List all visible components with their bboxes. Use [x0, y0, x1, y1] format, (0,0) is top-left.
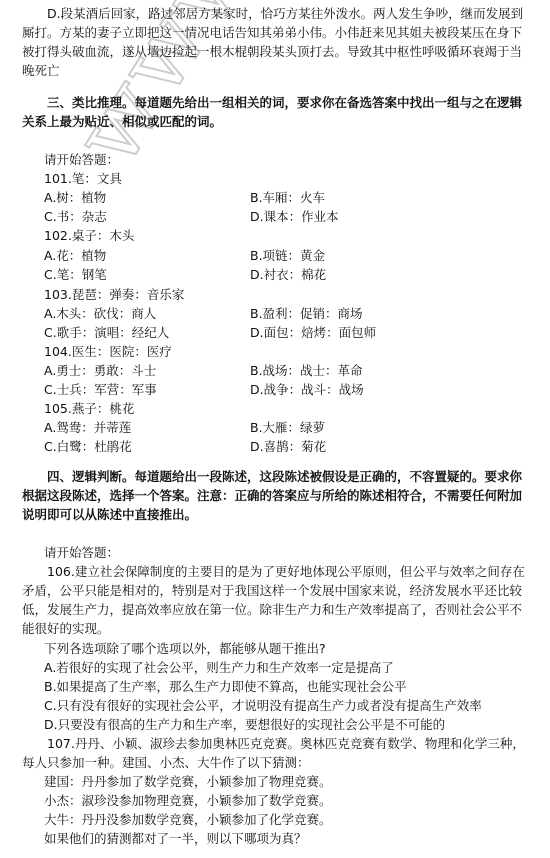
document-page: www.fcn.com D.段某酒后回家，路过邻居方某家时，恰巧方某往外泼水。两…	[0, 0, 550, 858]
section4-start: 请开始答题：	[44, 543, 119, 562]
q103-option-d: D.面包：焙烤：面包师	[250, 323, 376, 342]
q106-question: 下列各选项除了哪个选项以外，都能够从题干推出?	[44, 639, 326, 658]
section3-heading: 三、类比推理。每道题先给出一组相关的词，要求你在备选答案中找出一组与之在逻辑关系…	[22, 93, 532, 131]
q104-stem: 104.医生：医院：医疗	[44, 342, 172, 361]
q103-option-a: A.木头：砍伐：商人	[44, 304, 156, 323]
q105-option-c: C.白鹭：杜鹃花	[44, 437, 132, 456]
q106-option-c: C.只有没有很好的实现社会公平，才说明没有提高生产力或者没有提高生产效率	[44, 696, 482, 715]
q102-option-b: B.项链：黄金	[250, 246, 325, 265]
q105-option-a: A.鸳鸯：并蒂莲	[44, 418, 131, 437]
q106-option-d: D.只要没有很高的生产力和生产率，要想很好的实现社会公平是不可能的	[44, 715, 445, 734]
q104-option-b: B.战场：战士：革命	[250, 361, 363, 380]
q103-option-c: C.歌手：演唱：经纪人	[44, 323, 169, 342]
q107-question: 如果他们的猜测都对了一半，则以下哪项为真？	[44, 829, 307, 848]
q107-guess-xiaojie: 小杰：淑珍没参加物理竞赛，小颖参加了数学竞赛。	[44, 791, 332, 810]
q101-option-b: B.车厢：火车	[250, 188, 325, 207]
q102-stem: 102.桌子：木头	[44, 226, 134, 245]
q102-option-a: A.花：植物	[44, 246, 106, 265]
q102-option-d: D.衬衣：棉花	[250, 265, 326, 284]
q103-option-b: B.盈利：促销：商场	[250, 304, 363, 323]
q101-option-a: A.树：植物	[44, 188, 106, 207]
q106-stem: 106.建立社会保障制度的主要目的是为了更好地体现公平原则，但公平与效率之间存在…	[22, 562, 532, 638]
q101-option-c: C.书：杂志	[44, 207, 107, 226]
q106-option-b: B.如果提高了生产率，那么生产力即使不算高，也能实现社会公平	[44, 677, 407, 696]
section3-start: 请开始答题：	[44, 150, 119, 169]
q105-stem: 105.燕子：桃花	[44, 399, 134, 418]
q107-guess-daniu: 大牛：丹丹没参加数学竞赛，小颖参加了化学竞赛。	[44, 810, 332, 829]
section4-heading: 四、逻辑判断。每道题给出一段陈述，这段陈述被假设是正确的，不容置疑的。要求你根据…	[22, 467, 532, 524]
q101-option-d: D.课本：作业本	[250, 207, 339, 226]
q105-option-b: B.大雁：绿萝	[250, 418, 325, 437]
q107-stem: 107.丹丹、小颖、淑珍去参加奥林匹克竞赛。奥林匹克竞赛有数学、物理和化学三种，…	[22, 734, 532, 772]
q103-stem: 103.琵琶：弹奏：音乐家	[44, 285, 184, 304]
q101-stem: 101.笔：文具	[44, 169, 122, 188]
q102-option-c: C.笔：钢笔	[44, 265, 107, 284]
q106-option-a: A.若很好的实现了社会公平，则生产力和生产效率一定是提高了	[44, 658, 394, 677]
q104-option-a: A.勇士：勇敢：斗士	[44, 361, 156, 380]
intro-option-d: D.段某酒后回家，路过邻居方某家时，恰巧方某往外泼水。两人发生争吵，继而发展到厮…	[22, 4, 532, 80]
q105-option-d: D.喜鹊：菊花	[250, 437, 326, 456]
q104-option-c: C.士兵：军营：军事	[44, 380, 157, 399]
q104-option-d: D.战争：战斗：战场	[250, 380, 364, 399]
q107-guess-jianguo: 建国：丹丹参加了数学竞赛，小颖参加了物理竞赛。	[44, 772, 332, 791]
